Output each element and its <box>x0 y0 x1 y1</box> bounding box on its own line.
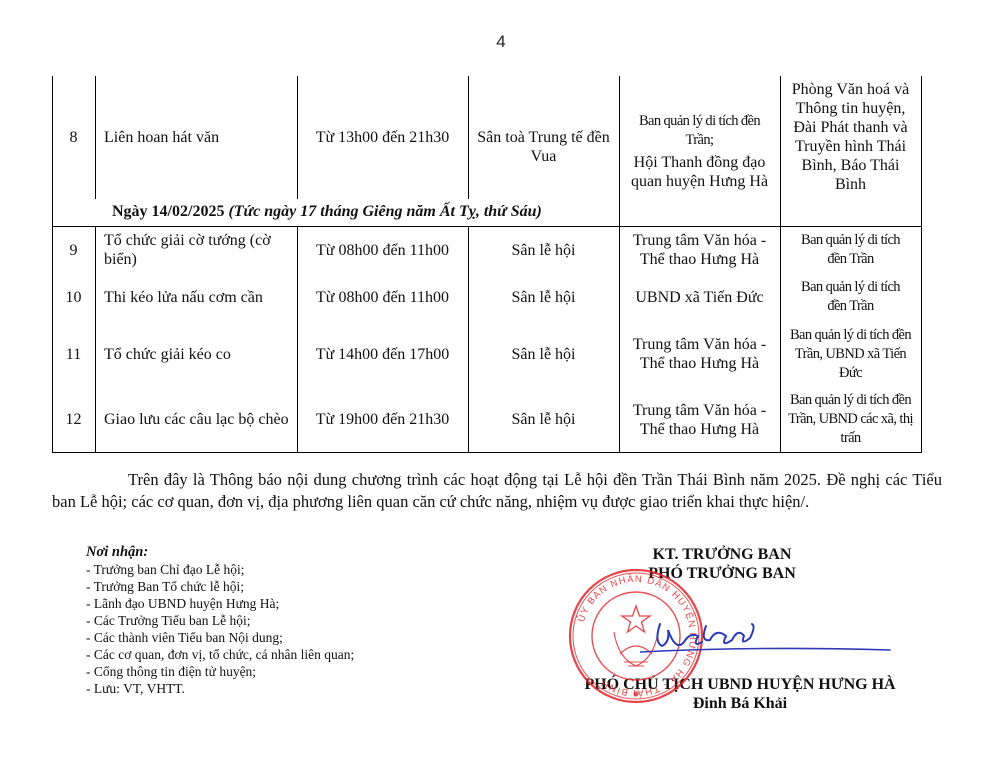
recipient-item: - Các Trưởng Tiểu ban Lễ hội; <box>86 612 354 629</box>
row-time: Từ 19h00 đến 21h30 <box>297 387 468 452</box>
date-heading-note: (Tức ngày 17 tháng Giêng năm Ất Tỵ, thứ … <box>228 203 541 220</box>
row-organizer: Ban quản lý di tích đền Trần; Hội Thanh … <box>619 76 780 226</box>
row-stt: 12 <box>52 387 95 452</box>
row-time: Từ 08h00 đến 11h00 <box>297 227 468 273</box>
row-stt: 11 <box>52 321 95 387</box>
row-activity: Thi kéo lửa nấu cơm cần <box>95 273 297 321</box>
row-location: Sân lễ hội <box>468 387 619 452</box>
row-location: Sân lễ hội <box>468 227 619 273</box>
organizer-line-2: Hội Thanh đồng đạo quan huyện Hưng Hà <box>627 153 772 191</box>
row-time: Từ 14h00 đến 17h00 <box>297 321 468 387</box>
sign-role-line1: KT. TRƯỞNG BAN <box>522 545 922 564</box>
recipients-title: Nơi nhận: <box>86 544 354 561</box>
table-border <box>52 452 922 453</box>
recipient-item: - Lãnh đạo UBND huyện Hưng Hà; <box>86 595 354 612</box>
row-activity: Tổ chức giải cờ tướng (cờ biển) <box>95 227 297 273</box>
row-activity: Giao lưu các câu lạc bộ chèo <box>95 387 297 452</box>
row-coordinator: Ban quản lý di tích đền Trần, UBND xã Ti… <box>780 321 921 387</box>
recipient-item: - Trưởng Ban Tổ chức lễ hội; <box>86 578 354 595</box>
row-organizer: Trung tâm Văn hóa - Thể thao Hưng Hà <box>619 321 780 387</box>
row-location: Sân toà Trung tế đền Vua <box>468 76 619 221</box>
row-coordinator: Ban quản lý di tích đền Trần <box>780 227 921 273</box>
row-organizer: Trung tâm Văn hóa - Thể thao Hưng Hà <box>619 387 780 452</box>
date-heading-date: Ngày 14/02/2025 <box>112 203 224 220</box>
row-organizer: Trung tâm Văn hóa - Thể thao Hưng Hà <box>619 227 780 273</box>
recipient-item: - Các thành viên Tiểu ban Nội dung; <box>86 629 354 646</box>
row-stt: 9 <box>52 227 95 273</box>
row-time: Từ 08h00 đến 11h00 <box>297 273 468 321</box>
recipient-item: - Trưởng ban Chỉ đạo Lễ hội; <box>86 561 354 578</box>
date-heading: Ngày 14/02/2025 (Tức ngày 17 tháng Giêng… <box>112 203 542 221</box>
table-border <box>921 76 922 453</box>
signature-icon <box>640 612 900 662</box>
recipients-list: Nơi nhận: - Trưởng ban Chỉ đạo Lễ hội; -… <box>86 544 354 697</box>
recipient-item: - Cổng thông tin điện tử huyện; <box>86 663 354 680</box>
row-time: Từ 13h00 đến 21h30 <box>297 76 468 199</box>
row-organizer: UBND xã Tiến Đức <box>619 273 780 321</box>
recipient-item: - Lưu: VT, VHTT. <box>86 680 354 697</box>
row-coordinator: Ban quản lý di tích đền Trần, UBND các x… <box>780 387 921 452</box>
row-coordinator: Phòng Văn hoá và Thông tin huyện, Đài Ph… <box>780 76 921 226</box>
row-stt: 10 <box>52 273 95 321</box>
row-location: Sân lễ hội <box>468 273 619 321</box>
recipient-item: - Các cơ quan, đơn vị, tổ chức, cá nhân … <box>86 646 354 663</box>
row-stt: 8 <box>52 76 95 199</box>
organizer-line-1: Ban quản lý di tích đền Trần; <box>627 112 772 150</box>
page-number: 4 <box>0 32 1002 52</box>
row-coordinator: Ban quản lý di tích đền Trần <box>780 273 921 321</box>
closing-paragraph: Trên đây là Thông báo nội dung chương tr… <box>52 469 942 513</box>
row-activity: Tổ chức giải kéo co <box>95 321 297 387</box>
row-activity: Liên hoan hát văn <box>95 76 297 199</box>
row-location: Sân lễ hội <box>468 321 619 387</box>
